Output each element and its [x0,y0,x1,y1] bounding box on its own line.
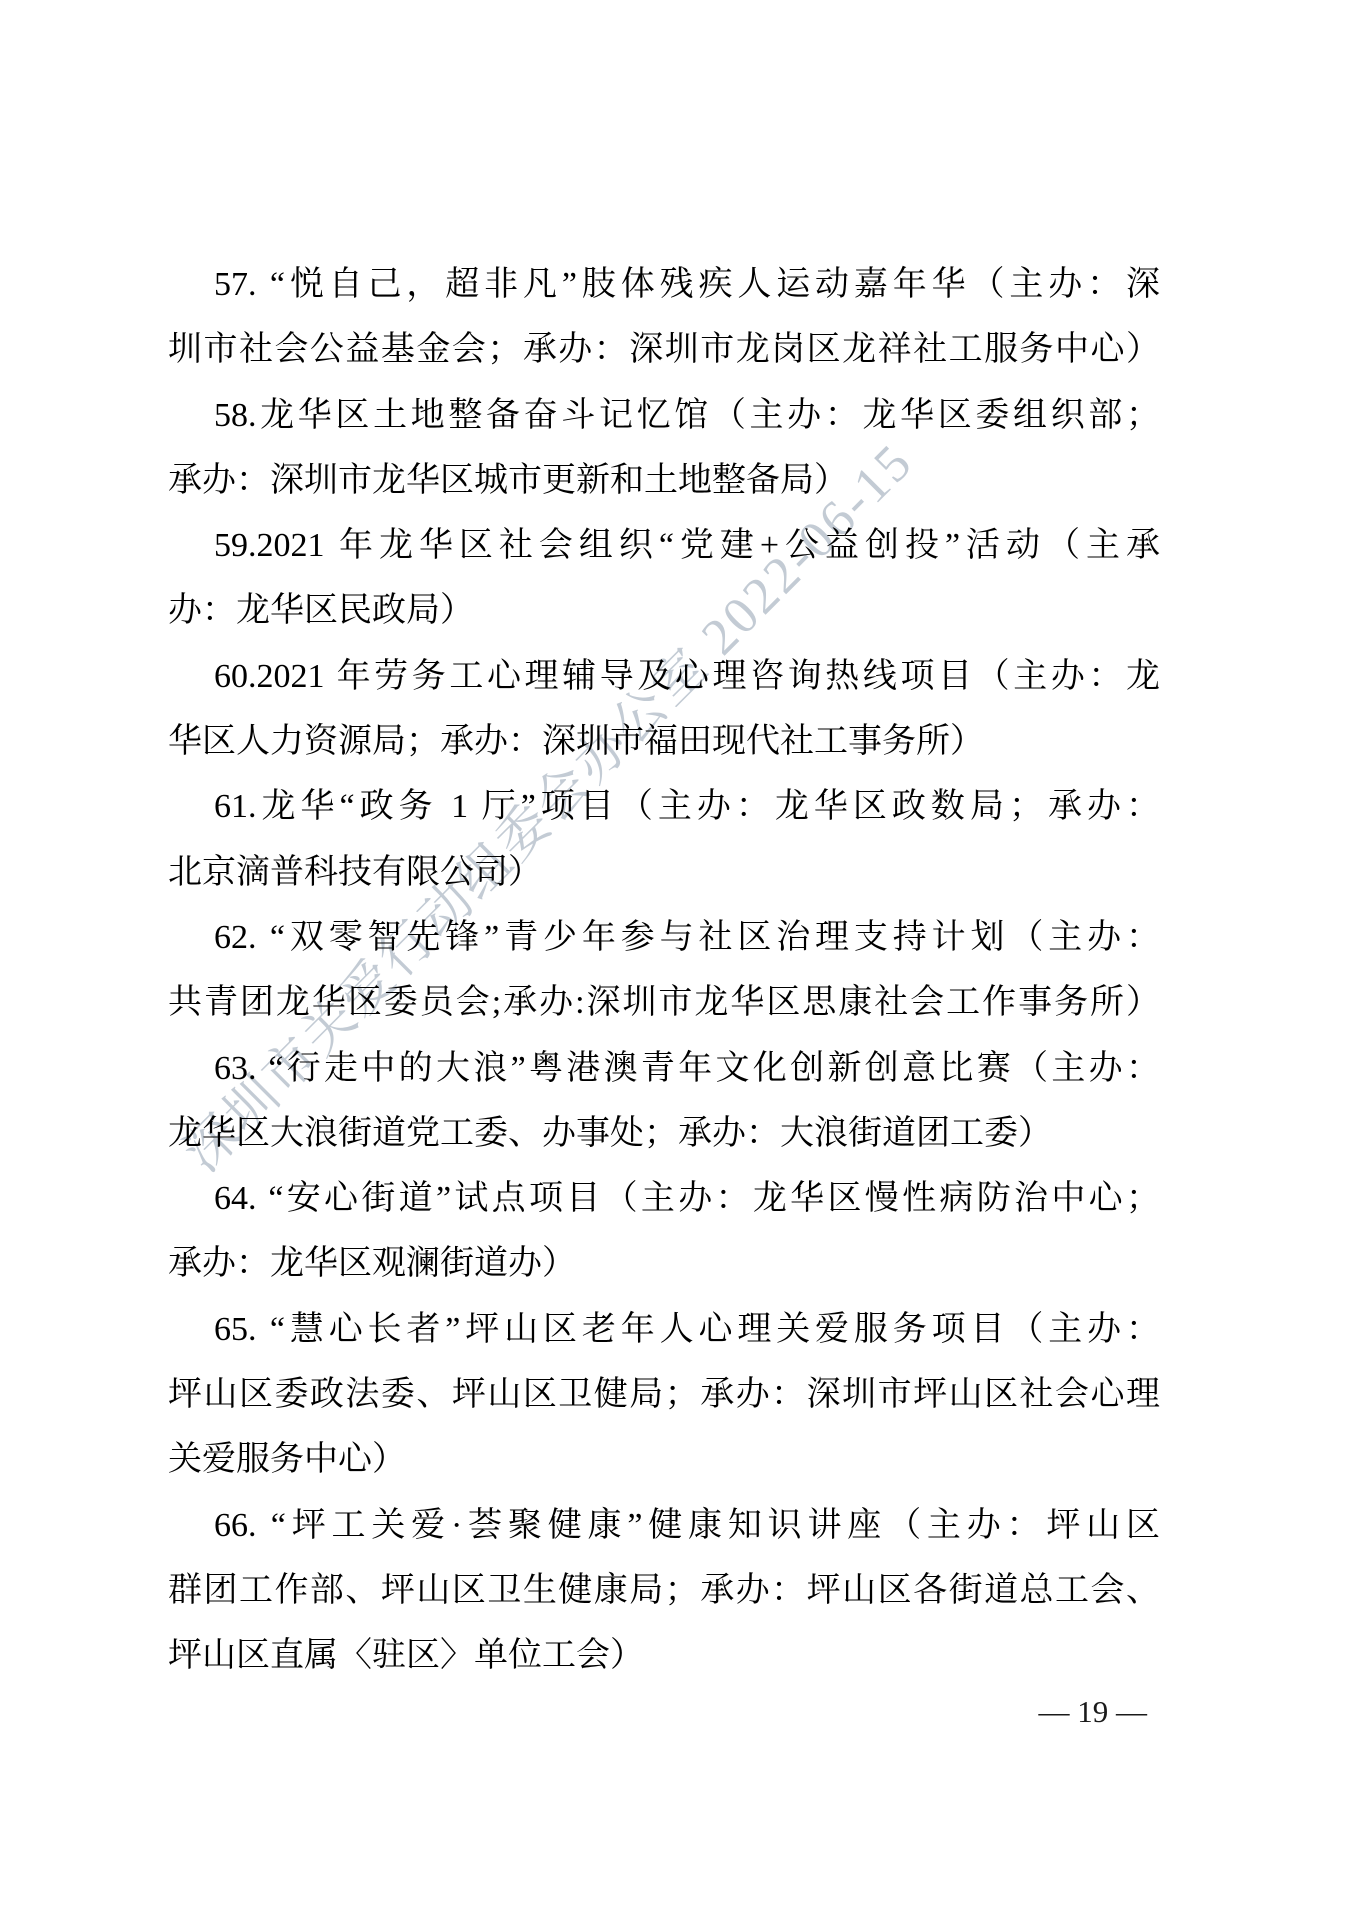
text-line: 群团工作部、坪山区卫生健康局；承办：坪山区各街道总工会、 [168,1558,1160,1623]
text-line: 关爱服务中心） [168,1427,1160,1492]
text-line: 龙华区大浪街道党工委、办事处；承办：大浪街道团工委） [168,1101,1160,1166]
text-line: 圳市社会公益基金会；承办：深圳市龙岗区龙祥社工服务中心） [168,317,1160,382]
text-line: 58.龙华区土地整备奋斗记忆馆（主办：龙华区委组织部； [168,383,1160,448]
text-line: 65. “慧心长者”坪山区老年人心理关爱服务项目（主办： [168,1297,1160,1362]
document-page: 深圳市关爱行动组委会办公室 2022-06-15 57. “悦自己，超非凡”肢体… [0,0,1361,1909]
text-line: 57. “悦自己，超非凡”肢体残疾人运动嘉年华（主办：深 [168,252,1160,317]
text-line: 66. “坪工关爱·荟聚健康”健康知识讲座（主办：坪山区 [168,1493,1160,1558]
document-body: 57. “悦自己，超非凡”肢体残疾人运动嘉年华（主办：深圳市社会公益基金会；承办… [168,252,1160,1689]
text-line: 华区人力资源局；承办：深圳市福田现代社工事务所） [168,709,1160,774]
text-line: 承办：深圳市龙华区城市更新和土地整备局） [168,448,1160,513]
text-line: 60.2021 年劳务工心理辅导及心理咨询热线项目（主办：龙 [168,644,1160,709]
text-line: 63. “行走中的大浪”粤港澳青年文化创新创意比赛（主办： [168,1036,1160,1101]
text-line: 62. “双零智先锋”青少年参与社区治理支持计划（主办： [168,905,1160,970]
text-line: 承办：龙华区观澜街道办） [168,1231,1160,1296]
text-line: 64. “安心街道”试点项目（主办：龙华区慢性病防治中心； [168,1166,1160,1231]
text-line: 坪山区委政法委、坪山区卫健局；承办：深圳市坪山区社会心理 [168,1362,1160,1427]
text-line: 59.2021 年龙华区社会组织“党建+公益创投”活动（主承 [168,513,1160,578]
text-line: 共青团龙华区委员会;承办:深圳市龙华区思康社会工作事务所） [168,970,1160,1035]
page-number: — 19 — [0,1692,1147,1732]
text-line: 坪山区直属〈驻区〉单位工会） [168,1623,1160,1688]
text-line: 办：龙华区民政局） [168,578,1160,643]
text-line: 北京滴普科技有限公司） [168,840,1160,905]
text-line: 61.龙华“政务 1 厅”项目（主办：龙华区政数局；承办： [168,774,1160,839]
